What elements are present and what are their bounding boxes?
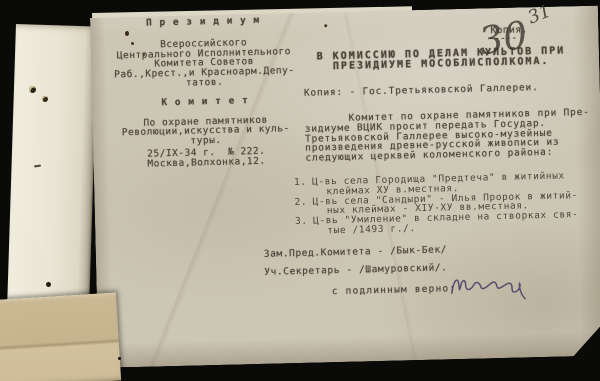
underlying-page-left-edge xyxy=(6,24,98,340)
list-item-number: 3. xyxy=(295,217,313,237)
signature-deputy-chairman: Зам.Пред.Комитета - /Бык-Бек/ xyxy=(264,245,447,259)
ink-speck xyxy=(131,42,134,45)
ink-speck xyxy=(143,53,145,56)
list-item-number: 1. xyxy=(294,178,312,198)
paper-hole xyxy=(42,96,48,102)
letterhead: П р е з и д и у м Всероссийского Централ… xyxy=(112,15,298,170)
certify-label: с подлинным верно: xyxy=(332,284,457,297)
paper-hole xyxy=(29,86,36,93)
handwritten-number-big: 30 xyxy=(476,16,529,59)
recipient-address: В КОМИССИЮ ПО ДЕЛАМ КУЛЬТОВ ПРИ ПРЕЗИДИУ… xyxy=(296,46,586,73)
signature-secretary: Уч.Секретарь - /Шамуровский/. xyxy=(264,263,447,277)
paper-speck xyxy=(118,357,121,360)
scanned-document-photo: П р е з и д и у м Всероссийского Централ… xyxy=(0,0,600,381)
church-list: 1. Ц-вь села Городища "Предтеча" в житий… xyxy=(294,171,590,237)
list-item-number: 2. xyxy=(294,197,312,217)
letterhead-committee-title: К о м и т е т xyxy=(114,95,296,109)
tape-patch xyxy=(0,293,121,381)
ink-speck xyxy=(125,31,129,36)
letterhead-presidium-title: П р е з и д и у м xyxy=(112,15,294,29)
handwritten-signature xyxy=(446,268,529,304)
body-paragraph: Комитет по охране памятников при Пре- зи… xyxy=(304,108,585,164)
paper-speck xyxy=(46,282,51,287)
paper-speck xyxy=(324,24,327,27)
recipient-copy-line: Копия: - Гос.Третьяковской Галлереи. xyxy=(304,83,539,99)
document-page: П р е з и д и у м Всероссийского Централ… xyxy=(90,6,600,368)
